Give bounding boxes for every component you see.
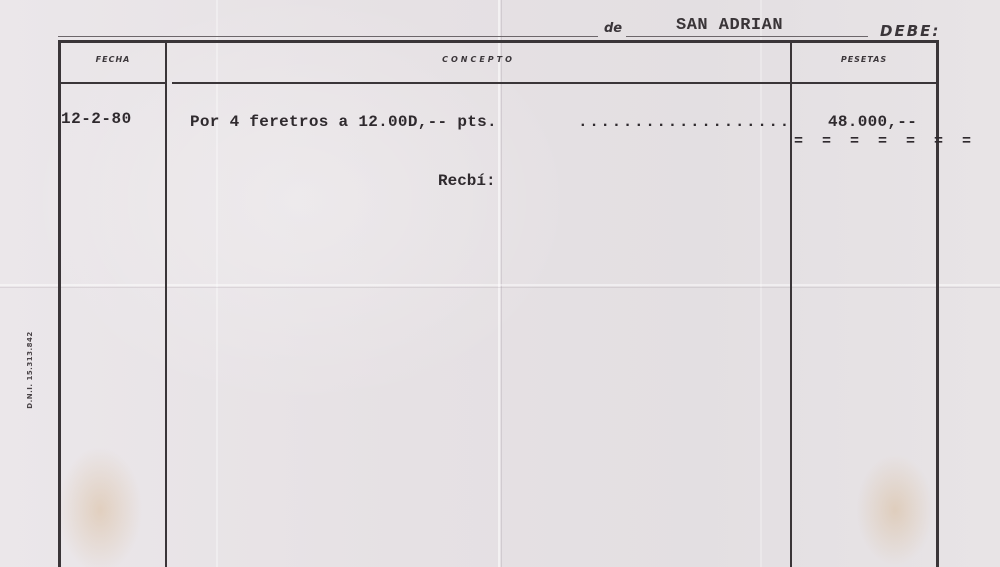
header-bottom-pesetas bbox=[792, 82, 936, 84]
header-bottom-fecha bbox=[61, 82, 165, 84]
column-header-pesetas: PESETAS bbox=[792, 55, 936, 64]
column-divider-fecha bbox=[165, 43, 167, 567]
dotted-leader: ................... bbox=[578, 113, 791, 131]
header-bottom-concepto bbox=[172, 82, 790, 84]
total-double-rule: = = = = = = = bbox=[794, 133, 976, 150]
column-header-fecha: FECHA bbox=[61, 55, 165, 64]
dni-side-note: D.N.I. 15.313.842 bbox=[26, 331, 34, 408]
prefix-label: de bbox=[604, 21, 622, 36]
entry-concept: Por 4 feretros a 12.00D,-- pts. bbox=[190, 113, 497, 131]
received-label: Recbí: bbox=[438, 172, 496, 190]
horizontal-fold-shadow bbox=[0, 287, 1000, 288]
entry-date: 12-2-80 bbox=[61, 110, 132, 128]
header-line-right bbox=[626, 36, 868, 37]
entry-amount: 48.000,-- bbox=[828, 113, 917, 131]
invoice-paper: de SAN ADRIAN DEBE: FECHA CONCEPTO PESET… bbox=[0, 0, 1000, 567]
debe-label: DEBE: bbox=[880, 22, 940, 40]
header-line-left bbox=[58, 36, 598, 37]
place-name: SAN ADRIAN bbox=[676, 16, 783, 35]
table-right-border bbox=[936, 40, 939, 567]
column-header-concepto: CONCEPTO bbox=[167, 55, 790, 64]
table-top-border bbox=[58, 40, 939, 43]
horizontal-fold-crease bbox=[0, 284, 1000, 286]
